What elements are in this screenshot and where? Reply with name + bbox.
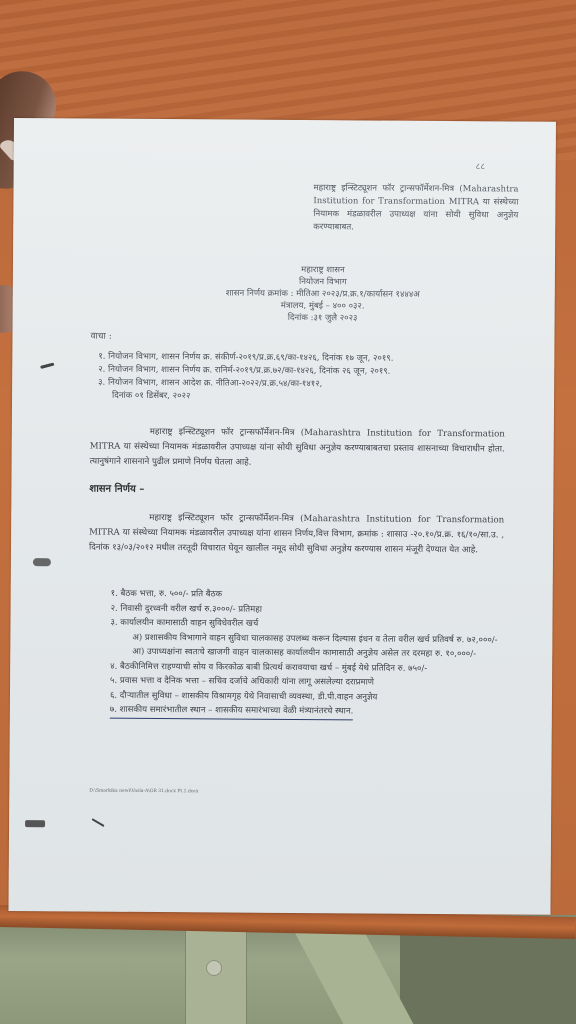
reference-item: दिनांक ०१ डिसेंबर, २०२२ bbox=[98, 390, 508, 406]
government-resolution-page: ८८ महाराष्ट्र इन्स्टिट्यूशन फॉर ट्रान्सफ… bbox=[8, 118, 556, 915]
decision-paragraph: महाराष्ट्र इन्स्टिट्यूशन फॉर ट्रान्सफॉर्… bbox=[89, 511, 504, 559]
preamble-paragraph: महाराष्ट्र इन्स्टिट्यूशन फॉर ट्रान्सफॉर्… bbox=[90, 425, 505, 473]
letterhead: महाराष्ट्र शासन नियोजन विभाग शासन निर्णय… bbox=[173, 263, 473, 325]
facilities-list: १. बैठक भत्ता, रु. ५००/- प्रति बैठक२. नि… bbox=[110, 587, 511, 721]
margin-pen-mark bbox=[92, 818, 105, 827]
shirt-button bbox=[206, 960, 222, 976]
margin-pen-mark bbox=[40, 363, 54, 369]
underlined-text: ७. शासकीय समारंभातील स्थान – शासकीय समार… bbox=[110, 703, 354, 720]
margin-staple-mark bbox=[25, 820, 45, 827]
margin-staple-mark bbox=[33, 558, 51, 566]
file-path-footer: D:\Smarkika newl\Vasla-A\GR 31.docx Pt.1… bbox=[89, 789, 198, 795]
issue-date: दिनांक :३१ जुलै २०२३ bbox=[173, 311, 473, 325]
subject-block: महाराष्ट्र इन्स्टिट्यूशन फॉर ट्रान्सफॉर्… bbox=[313, 182, 518, 235]
page-number: ८८ bbox=[476, 159, 485, 172]
reference-list: १. नियोजन विभाग, शासन निर्णय क्र. संकीर्… bbox=[98, 351, 508, 406]
decision-heading: शासन निर्णय – bbox=[89, 481, 144, 495]
shirt-shadow bbox=[400, 925, 576, 1024]
facility-item: ७. शासकीय समारंभातील स्थान – शासकीय समार… bbox=[110, 703, 510, 721]
read-label: वाचा : bbox=[90, 329, 111, 342]
